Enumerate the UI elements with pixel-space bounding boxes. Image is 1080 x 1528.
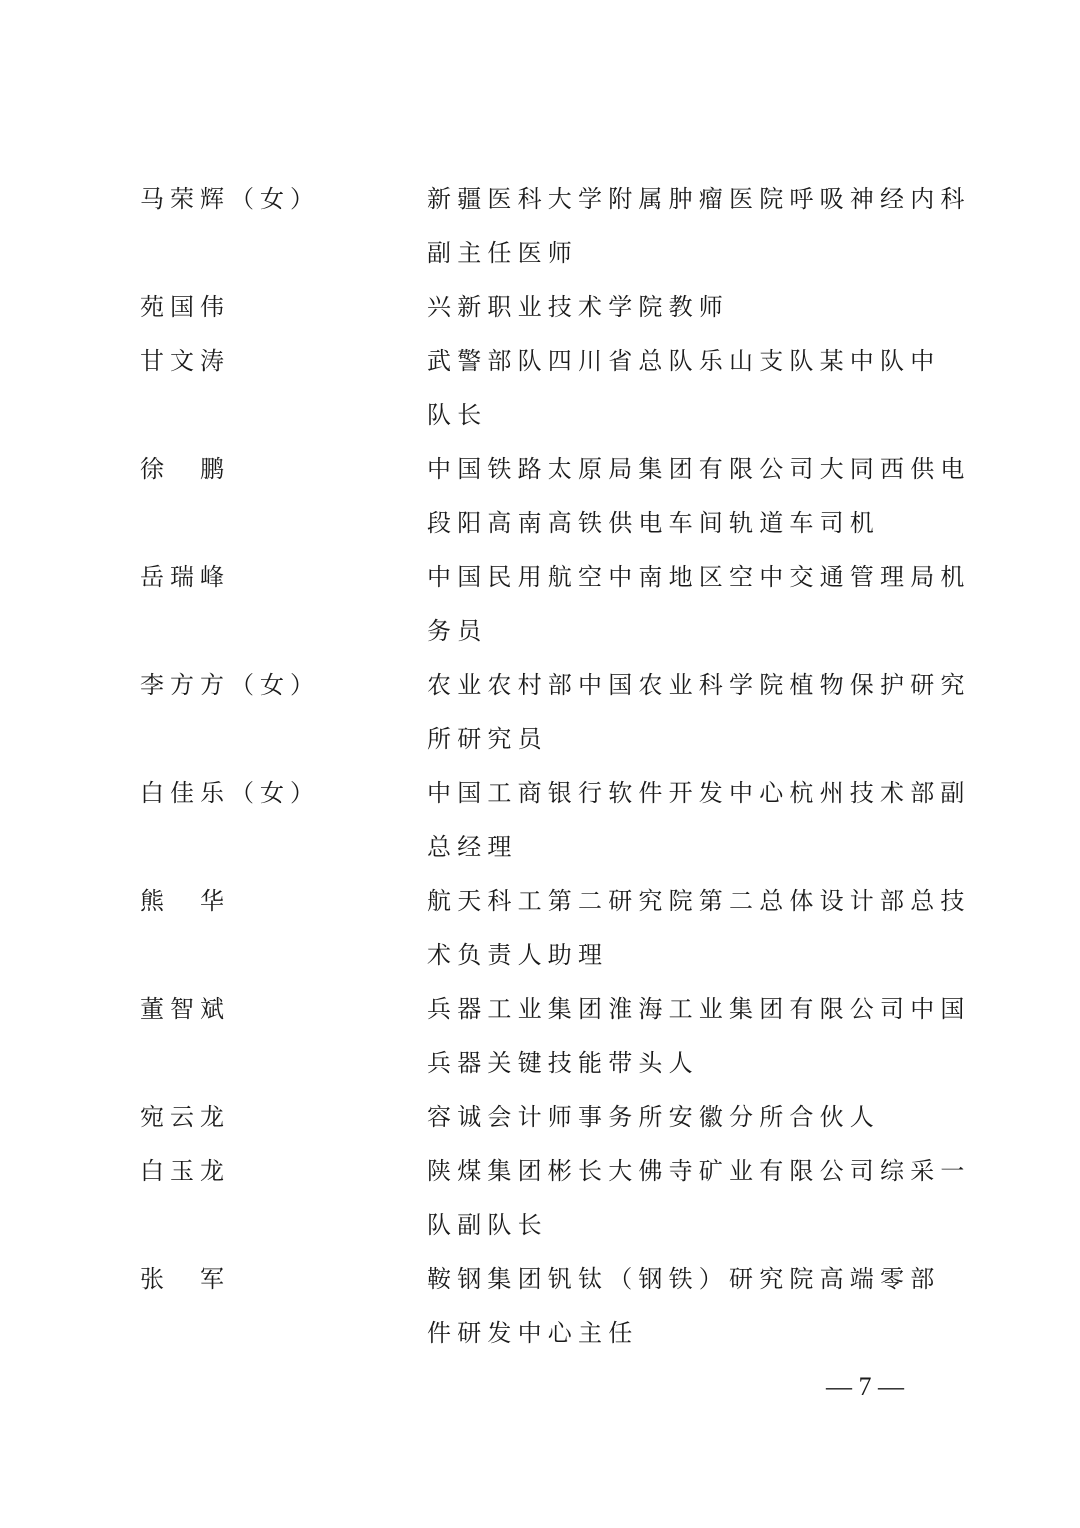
- person-name: 熊 华: [140, 874, 427, 928]
- affiliation-line: 中国工商银行软件开发中心杭州技术部副: [427, 766, 939, 820]
- affiliation-line: 所研究员: [427, 712, 939, 766]
- person-affiliation: 中国铁路太原局集团有限公司大同西供电 段阳高南高铁供电车间轨道车司机: [427, 442, 939, 550]
- affiliation-line: 件研发中心主任: [427, 1306, 939, 1360]
- list-item: 董智斌 兵器工业集团淮海工业集团有限公司中国 兵器关键技能带头人: [140, 982, 940, 1090]
- person-name: 董智斌: [140, 982, 427, 1036]
- affiliation-line: 务员: [427, 604, 939, 658]
- honoree-list: 马荣辉（女） 新疆医科大学附属肿瘤医院呼吸神经内科 副主任医师 苑国伟 兴新职业…: [140, 172, 940, 1360]
- list-item: 宛云龙 容诚会计师事务所安徽分所合伙人: [140, 1090, 940, 1144]
- document-page: 马荣辉（女） 新疆医科大学附属肿瘤医院呼吸神经内科 副主任医师 苑国伟 兴新职业…: [0, 0, 1080, 1528]
- affiliation-line: 中国民用航空中南地区空中交通管理局机: [427, 550, 939, 604]
- person-name: 白佳乐（女）: [140, 766, 427, 820]
- list-item: 马荣辉（女） 新疆医科大学附属肿瘤医院呼吸神经内科 副主任医师: [140, 172, 940, 280]
- person-affiliation: 农业农村部中国农业科学院植物保护研究 所研究员: [427, 658, 939, 766]
- person-name: 甘文涛: [140, 334, 427, 388]
- affiliation-line: 兵器工业集团淮海工业集团有限公司中国: [427, 982, 939, 1036]
- list-item: 苑国伟 兴新职业技术学院教师: [140, 280, 940, 334]
- list-item: 徐 鹏 中国铁路太原局集团有限公司大同西供电 段阳高南高铁供电车间轨道车司机: [140, 442, 940, 550]
- affiliation-line: 农业农村部中国农业科学院植物保护研究: [427, 658, 939, 712]
- affiliation-line: 副主任医师: [427, 226, 939, 280]
- page-number: — 7 —: [826, 1370, 904, 1404]
- person-affiliation: 陕煤集团彬长大佛寺矿业有限公司综采一 队副队长: [427, 1144, 939, 1252]
- person-affiliation: 容诚会计师事务所安徽分所合伙人: [427, 1090, 939, 1144]
- affiliation-line: 中国铁路太原局集团有限公司大同西供电: [427, 442, 939, 496]
- affiliation-line: 陕煤集团彬长大佛寺矿业有限公司综采一: [427, 1144, 939, 1198]
- affiliation-line: 段阳高南高铁供电车间轨道车司机: [427, 496, 939, 550]
- list-item: 甘文涛 武警部队四川省总队乐山支队某中队中 队长: [140, 334, 940, 442]
- person-name: 徐 鹏: [140, 442, 427, 496]
- list-item: 熊 华 航天科工第二研究院第二总体设计部总技 术负责人助理: [140, 874, 940, 982]
- affiliation-line: 总经理: [427, 820, 939, 874]
- person-name: 白玉龙: [140, 1144, 427, 1198]
- affiliation-line: 武警部队四川省总队乐山支队某中队中: [427, 334, 939, 388]
- person-affiliation: 新疆医科大学附属肿瘤医院呼吸神经内科 副主任医师: [427, 172, 939, 280]
- affiliation-line: 兵器关键技能带头人: [427, 1036, 939, 1090]
- person-name: 李方方（女）: [140, 658, 427, 712]
- person-affiliation: 中国民用航空中南地区空中交通管理局机 务员: [427, 550, 939, 658]
- person-affiliation: 兵器工业集团淮海工业集团有限公司中国 兵器关键技能带头人: [427, 982, 939, 1090]
- affiliation-line: 术负责人助理: [427, 928, 939, 982]
- list-item: 白佳乐（女） 中国工商银行软件开发中心杭州技术部副 总经理: [140, 766, 940, 874]
- affiliation-line: 队长: [427, 388, 939, 442]
- affiliation-line: 新疆医科大学附属肿瘤医院呼吸神经内科: [427, 172, 939, 226]
- affiliation-line: 鞍钢集团钒钛（钢铁）研究院高端零部: [427, 1252, 939, 1306]
- list-item: 白玉龙 陕煤集团彬长大佛寺矿业有限公司综采一 队副队长: [140, 1144, 940, 1252]
- person-affiliation: 航天科工第二研究院第二总体设计部总技 术负责人助理: [427, 874, 939, 982]
- person-name: 张 军: [140, 1252, 427, 1306]
- person-affiliation: 鞍钢集团钒钛（钢铁）研究院高端零部 件研发中心主任: [427, 1252, 939, 1360]
- affiliation-line: 航天科工第二研究院第二总体设计部总技: [427, 874, 939, 928]
- affiliation-line: 容诚会计师事务所安徽分所合伙人: [427, 1090, 939, 1144]
- affiliation-line: 兴新职业技术学院教师: [427, 280, 939, 334]
- person-name: 苑国伟: [140, 280, 427, 334]
- person-name: 宛云龙: [140, 1090, 427, 1144]
- affiliation-line: 队副队长: [427, 1198, 939, 1252]
- list-item: 张 军 鞍钢集团钒钛（钢铁）研究院高端零部 件研发中心主任: [140, 1252, 940, 1360]
- person-name: 马荣辉（女）: [140, 172, 427, 226]
- person-affiliation: 武警部队四川省总队乐山支队某中队中 队长: [427, 334, 939, 442]
- person-name: 岳瑞峰: [140, 550, 427, 604]
- person-affiliation: 中国工商银行软件开发中心杭州技术部副 总经理: [427, 766, 939, 874]
- list-item: 李方方（女） 农业农村部中国农业科学院植物保护研究 所研究员: [140, 658, 940, 766]
- list-item: 岳瑞峰 中国民用航空中南地区空中交通管理局机 务员: [140, 550, 940, 658]
- person-affiliation: 兴新职业技术学院教师: [427, 280, 939, 334]
